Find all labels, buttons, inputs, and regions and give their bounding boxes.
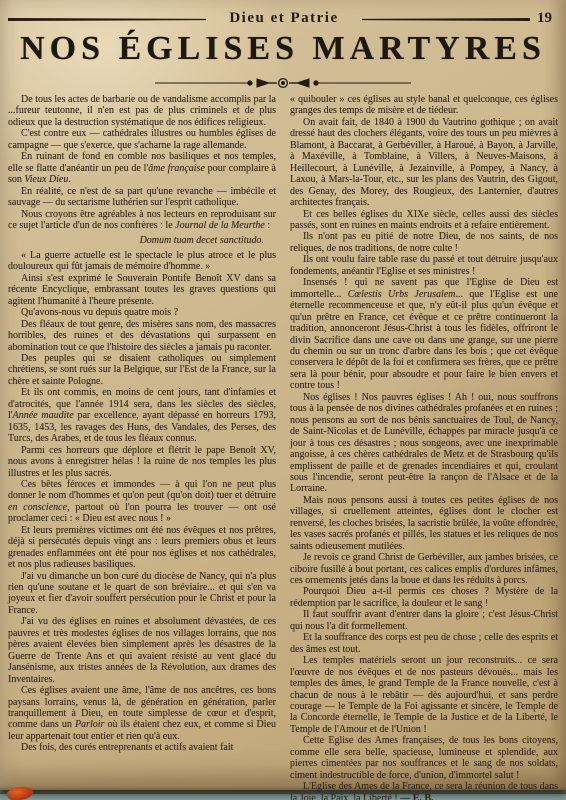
paragraph: J'ai vu dimanche un bon curé du diocèse …	[8, 571, 276, 617]
paragraph: Et la souffrance des corps est peu de ch…	[290, 632, 558, 655]
paragraph: Et leurs premières victimes ont été nos …	[8, 525, 276, 571]
paragraph: En ruinant de fond en comble nos basiliq…	[8, 151, 276, 185]
paragraph: Insensés ! qui ne savent pas que l'Eglis…	[290, 277, 558, 392]
page-bottom-shadow	[0, 786, 566, 794]
paragraph: Je revois ce grand Christ de Gerbéviller…	[290, 552, 558, 586]
paragraph: Domum tuam decet sanctitudo.	[8, 235, 276, 246]
page-number: 19	[537, 10, 552, 27]
paragraph: On avait fait, de 1840 à 1900 du Vautrin…	[290, 117, 558, 209]
paragraph: Mais nous pensons aussi à toutes ces pet…	[290, 495, 558, 552]
paragraph: Et ces belles églises du XIXe siècle, ce…	[290, 209, 558, 232]
paragraph: Des peuples qui se disaient catholiques …	[8, 353, 276, 387]
paragraph: Ils ont voulu faire table rase du passé …	[290, 254, 558, 277]
ornament-divider	[153, 76, 413, 90]
paragraph: « quibouler » ces églises au style banal…	[290, 94, 558, 117]
paragraph: De tous les actes de barbarie ou de vand…	[8, 94, 276, 128]
paragraph: Parmi ces horreurs que déplore et flétri…	[8, 445, 276, 479]
paragraph: Il faut souffrir avant d'entrer dans la …	[290, 609, 558, 632]
paragraph: C'est contre eux — cathédrales illustres…	[8, 128, 276, 151]
paragraph: Nous croyons être agréables à nos lecteu…	[8, 209, 276, 232]
paragraph: Qu'avons-nous vu depuis quatre mois ?	[8, 307, 276, 318]
paragraph: « La guerre actuelle est le spectacle le…	[8, 250, 276, 273]
paragraph: Et ils ont commis, en moins de cent jour…	[8, 387, 276, 444]
paragraph: En réalité, ce n'est de sa part qu'une r…	[8, 186, 276, 209]
paragraph: Ces églises avaient une âme, l'âme de no…	[8, 685, 276, 742]
paragraph: Ainsi s'est exprimé le Souverain Pontife…	[8, 273, 276, 307]
paragraph: Des fléaux de tout genre, des misères sa…	[8, 319, 276, 353]
header-rule-left	[8, 18, 206, 21]
paragraph: Ces bêtes féroces et immondes — à qui l'…	[8, 479, 276, 525]
journal-title: Dieu et Patrie	[210, 10, 358, 27]
column-left: De tous les actes de barbarie ou de vand…	[8, 94, 276, 784]
article-title: NOS ÉGLISES MARTYRES	[0, 30, 566, 68]
column-right: « quibouler » ces églises au style banal…	[290, 94, 558, 784]
paragraph: Pourquoi Dieu a-t-il permis ces choses ?…	[290, 586, 558, 609]
paragraph: J'ai vu des églises en ruines et absolum…	[8, 616, 276, 685]
paragraph: Des fois, des curés entreprenants et act…	[8, 742, 276, 753]
paragraph: Ils n'ont pas eu pitié de notre Dieu, de…	[290, 231, 558, 254]
paragraph: Nos églises ! Nos pauvres églises ! Ah !…	[290, 392, 558, 495]
journal-page: Dieu et Patrie 19 NOS ÉGLISES MARTYRES D…	[0, 0, 566, 790]
page-header: Dieu et Patrie 19	[0, 8, 566, 30]
paragraph: Les temples matériels seront un jour rec…	[290, 655, 558, 735]
header-rule-right	[362, 18, 530, 21]
paragraph: Cette Eglise des Ames françaises, de tou…	[290, 735, 558, 781]
article-body: De tous les actes de barbarie ou de vand…	[8, 94, 558, 784]
